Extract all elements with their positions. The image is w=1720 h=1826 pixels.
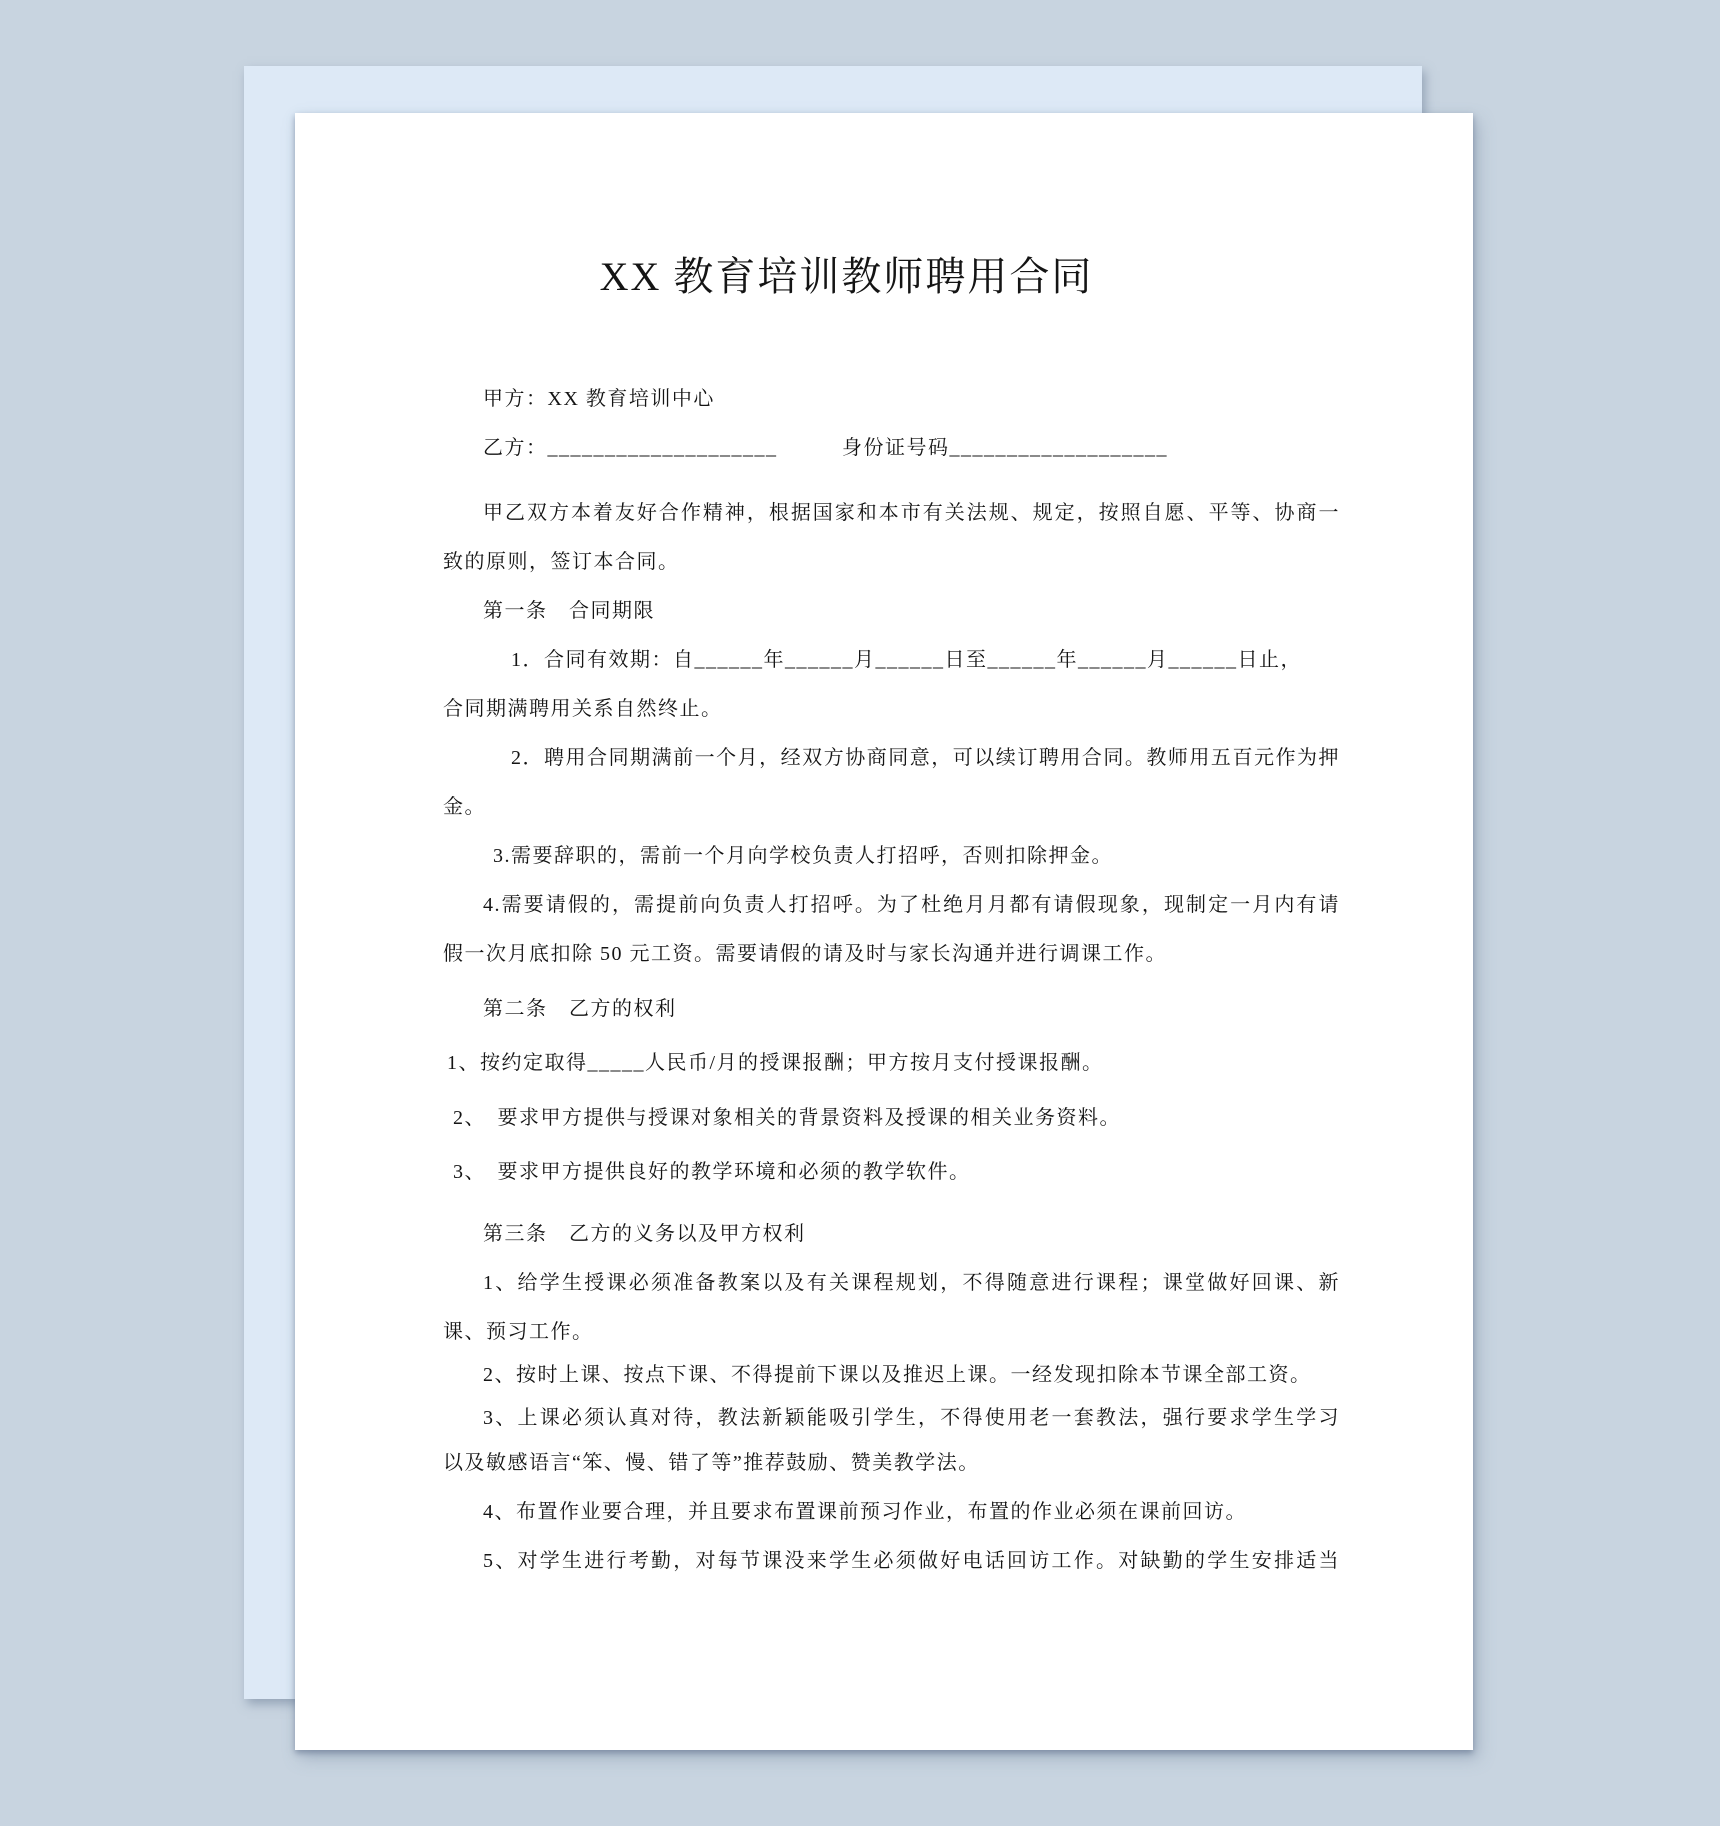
desk-background: XX 教育培训教师聘用合同 甲方：XX 教育培训中心 乙方：__________… bbox=[0, 0, 1720, 1826]
document-title: XX 教育培训教师聘用合同 bbox=[443, 255, 1250, 299]
contract-page: XX 教育培训教师聘用合同 甲方：XX 教育培训中心 乙方：__________… bbox=[295, 113, 1473, 1750]
article-2-heading: 第二条 乙方的权利 bbox=[443, 985, 1340, 1034]
preamble-line-1: 甲乙双方本着友好合作精神，根据国家和本市有关法规、规定，按照自愿、平等、协商一 bbox=[443, 489, 1340, 538]
article-1-item-4-line-1: 4.需要请假的，需提前向负责人打招呼。为了杜绝月月都有请假现象，现制定一月内有请 bbox=[443, 881, 1340, 930]
article-3-item-1-line-2: 课、预习工作。 bbox=[443, 1308, 1340, 1357]
article-2-item-1: 1、按约定取得_____人民币/月的授课报酬；甲方按月支付授课报酬。 bbox=[443, 1039, 1340, 1088]
party-b-line: 乙方：____________________ 身份证号码___________… bbox=[443, 424, 1340, 473]
article-1-item-1-line-1: 1．合同有效期：自______年______月______日至______年__… bbox=[443, 636, 1340, 685]
article-3-heading: 第三条 乙方的义务以及甲方权利 bbox=[443, 1210, 1340, 1259]
article-3-item-5: 5、对学生进行考勤，对每节课没来学生必须做好电话回访工作。对缺勤的学生安排适当 bbox=[443, 1537, 1340, 1586]
article-1-item-3: 3.需要辞职的，需前一个月向学校负责人打招呼，否则扣除押金。 bbox=[443, 832, 1340, 881]
preamble-line-2: 致的原则，签订本合同。 bbox=[443, 538, 1340, 587]
article-2-item-2: 2、 要求甲方提供与授课对象相关的背景资料及授课的相关业务资料。 bbox=[443, 1094, 1340, 1143]
article-3-item-3-line-1: 3、上课必须认真对待，教法新颖能吸引学生，不得使用老一套教法，强行要求学生学习 bbox=[443, 1394, 1340, 1443]
article-1-item-4-line-2: 假一次月底扣除 50 元工资。需要请假的请及时与家长沟通并进行调课工作。 bbox=[443, 930, 1340, 979]
document-body: 甲方：XX 教育培训中心 乙方：____________________ 身份证… bbox=[443, 375, 1340, 1586]
article-1-heading: 第一条 合同期限 bbox=[443, 587, 1340, 636]
article-3-item-4: 4、布置作业要合理，并且要求布置课前预习作业，布置的作业必须在课前回访。 bbox=[443, 1488, 1340, 1537]
article-1-item-2-line-2: 金。 bbox=[443, 783, 1340, 832]
party-a-line: 甲方：XX 教育培训中心 bbox=[443, 375, 1340, 424]
article-3-item-1-line-1: 1、给学生授课必须准备教案以及有关课程规划，不得随意进行课程；课堂做好回课、新 bbox=[443, 1259, 1340, 1308]
article-1-item-2-line-1: 2．聘用合同期满前一个月，经双方协商同意，可以续订聘用合同。教师用五百元作为押 bbox=[443, 734, 1340, 783]
article-3-item-3-line-2: 以及敏感语言“笨、慢、错了等”推荐鼓励、赞美教学法。 bbox=[443, 1439, 1340, 1488]
article-1-item-1-line-2: 合同期满聘用关系自然终止。 bbox=[443, 685, 1340, 734]
article-3-item-2: 2、按时上课、按点下课、不得提前下课以及推迟上课。一经发现扣除本节课全部工资。 bbox=[443, 1351, 1340, 1400]
article-2-item-3: 3、 要求甲方提供良好的教学环境和必须的教学软件。 bbox=[443, 1148, 1340, 1197]
